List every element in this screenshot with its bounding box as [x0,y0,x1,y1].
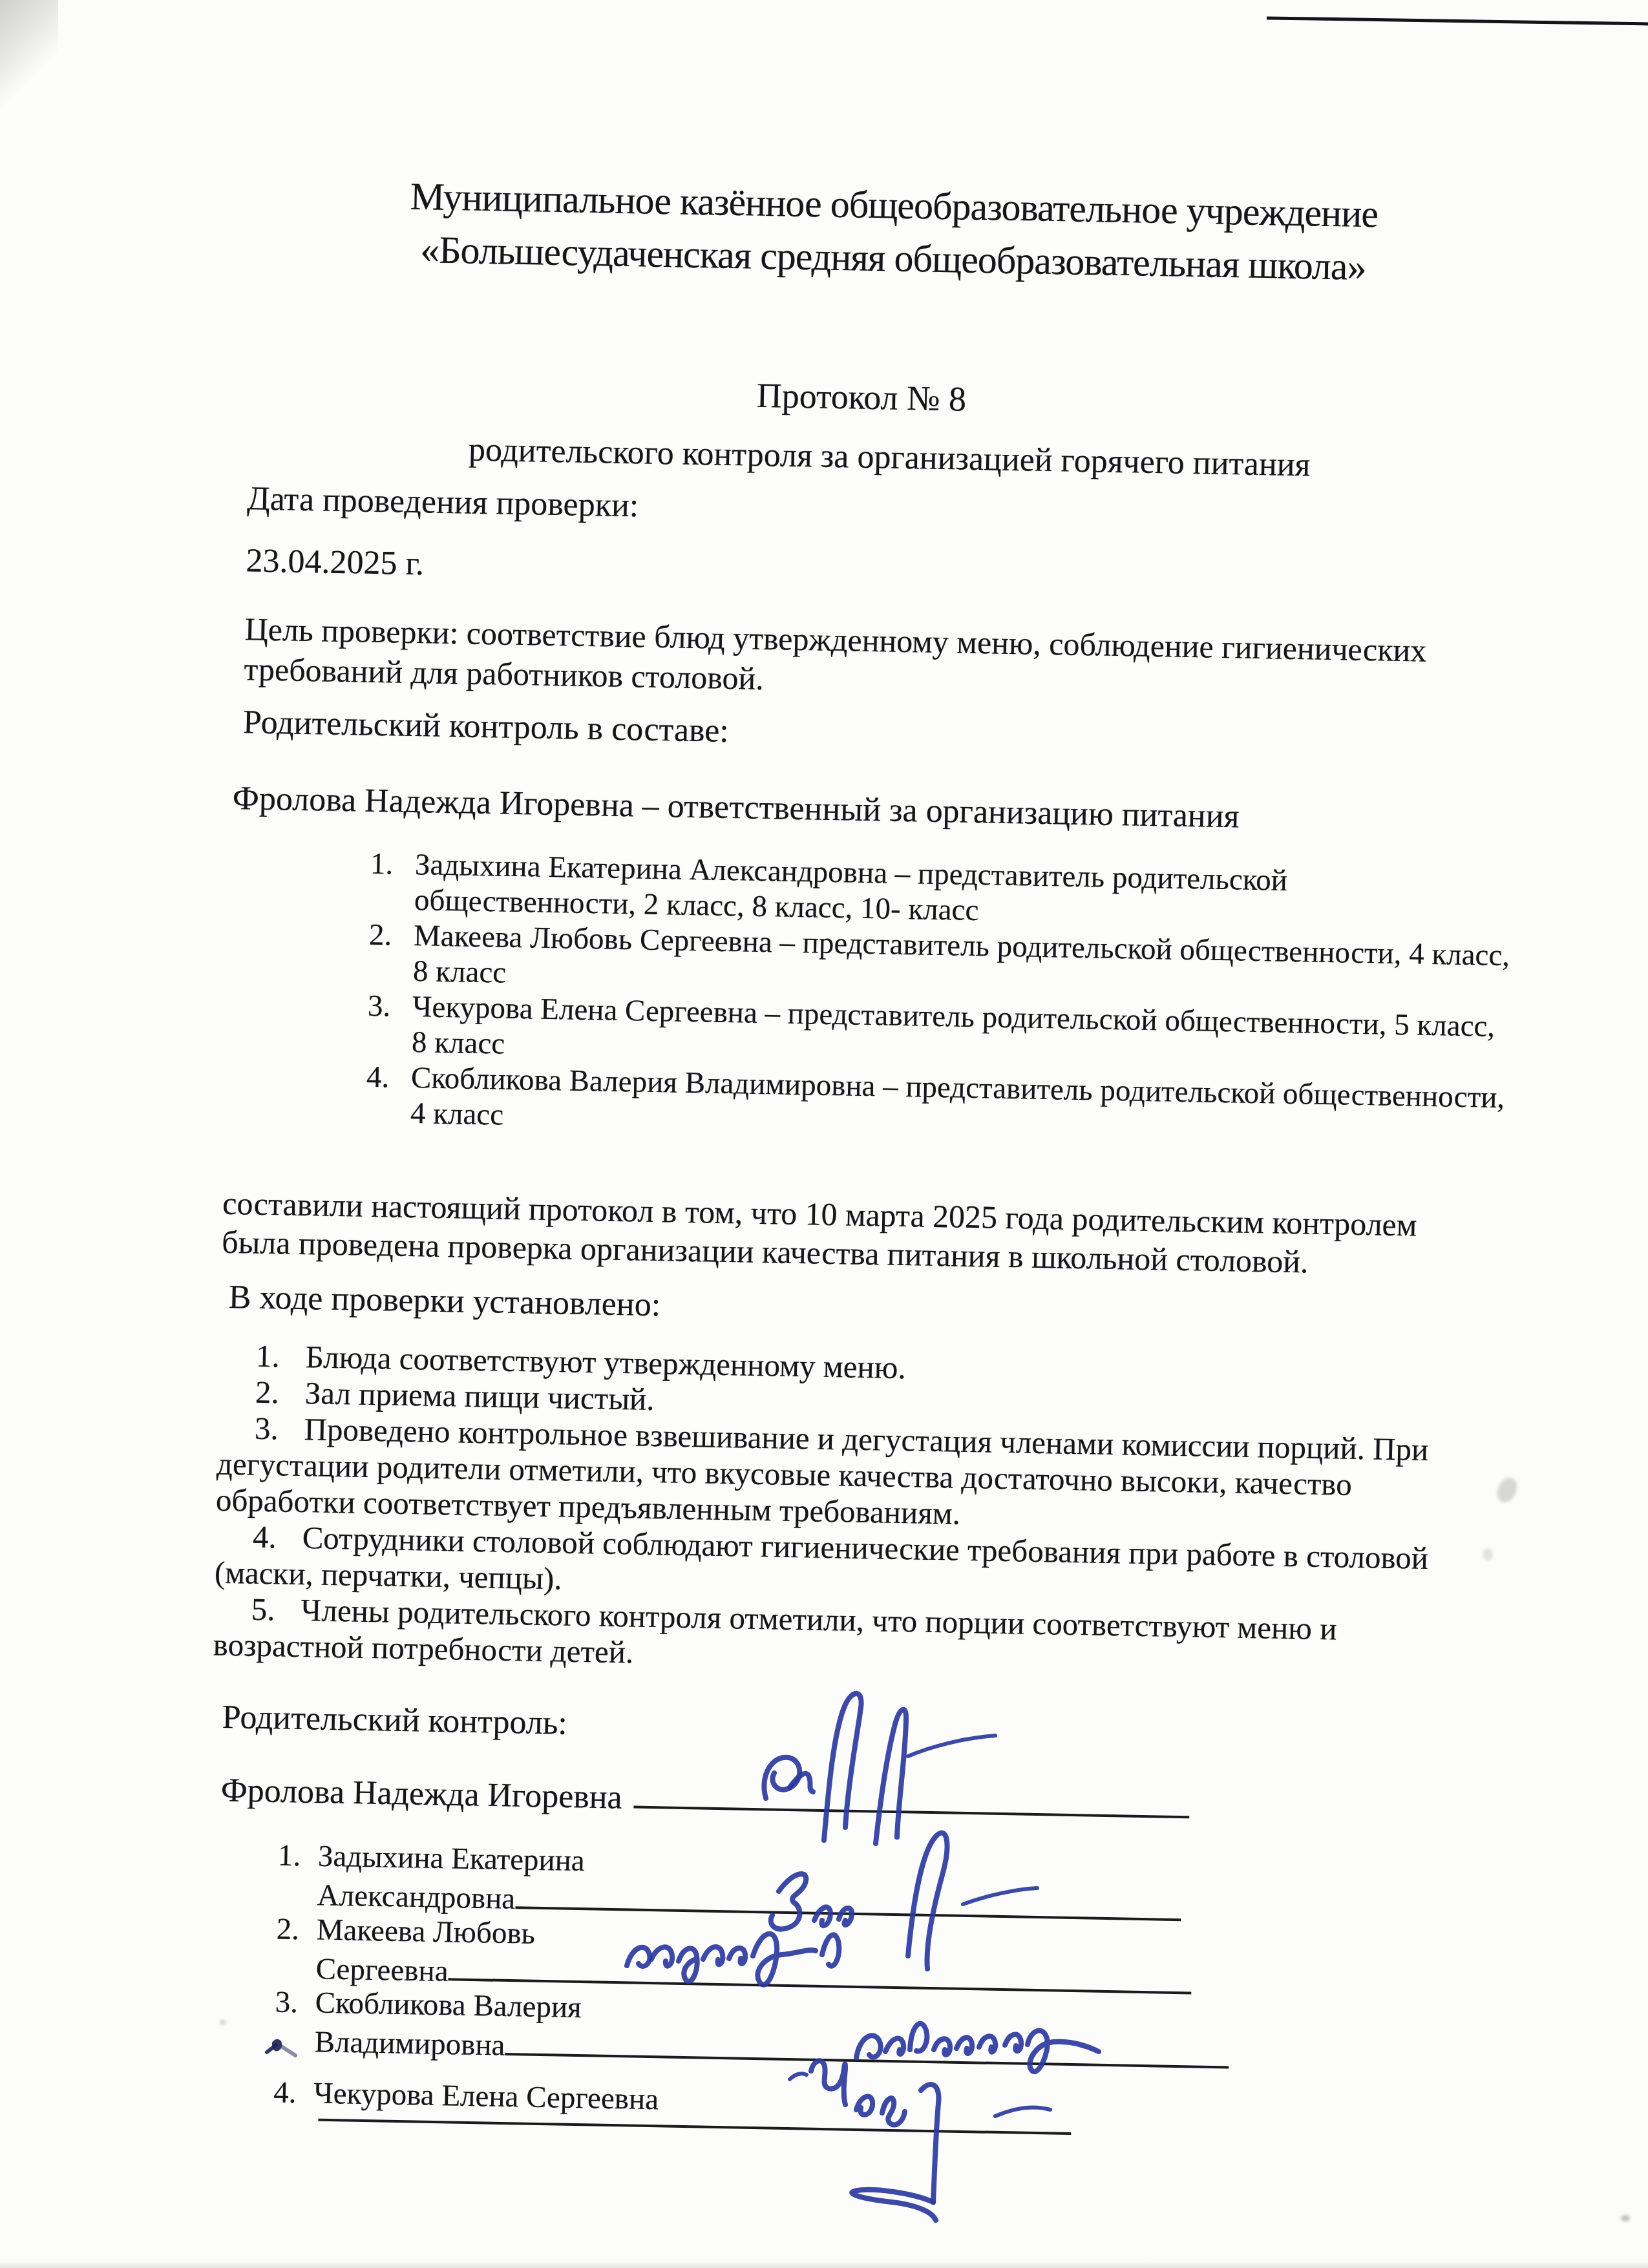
signature-chekurova-ink [776,2042,1099,2242]
list-number: 4. [273,2075,297,2110]
list-number: 4. [252,1519,302,1555]
responsible-signer-name: Фролова Надежда Игоревна [220,1772,622,1816]
list-number: 2. [255,1374,306,1411]
scan-speck [220,2020,226,2025]
scan-streak-artifact [1265,16,1648,26]
finding-text: Проведено контрольное взвешивание и дегу… [215,1411,1428,1531]
list-number: 3. [368,989,391,1025]
list-number: 2. [369,918,392,954]
list-number: 3. [275,1986,298,2021]
signer-name: Скобликова Валерия [315,1986,582,2025]
inspection-date-label: Дата проведения проверки: [247,479,639,525]
protocol-title: Протокол № 8 [236,366,1468,428]
list-number: 3. [255,1411,305,1447]
signoff-heading: Родительский контроль: [222,1698,567,1743]
protocol-subtitle: родительского контроля за организацией г… [235,426,1466,487]
scan-bottom-shadow [0,2262,1648,2268]
list-number: 2. [276,1912,299,1947]
signature-makeeva-ink [614,1893,918,2003]
list-number: 1. [256,1338,306,1374]
signer-name: Задыхина Екатерина [317,1840,585,1878]
pen-tick-mark [262,2028,307,2066]
protocol-statement: составили настоящий протокол в том, что … [222,1184,1417,1283]
scan-speck [1621,2215,1630,2221]
findings-heading: В ходе проверки установлено: [228,1278,660,1324]
signer-name: Александровна [317,1878,515,1916]
scan-speck [1494,1475,1521,1506]
committee-member-text: Задыхина Екатерина Александровна – предс… [414,848,1288,927]
committee-member-list: 1. Задыхина Екатерина Александровна – пр… [223,844,1459,1151]
organization-header: Муниципальное казённое общеобразовательн… [238,167,1472,295]
findings-list: 1.Блюда соответствуют утвержденному меню… [213,1338,1450,1686]
responsible-person-line: Фролова Надежда Игоревна – ответственный… [232,779,1240,836]
signer-name: Сергеевна [315,1952,449,1988]
inspection-purpose: Цель проверки: соответствие блюд утвержд… [244,609,1427,710]
list-number: 4. [366,1060,390,1096]
signer-name: Чекурова Елена Сергеевна [313,2077,659,2117]
list-number: 1. [370,846,394,883]
signer-name: Владимировна [314,2026,505,2063]
list-number: 5. [251,1591,301,1628]
signer-name: Макеева Любовь [316,1913,535,1950]
scan-speck [1483,1548,1493,1561]
inspection-date-value: 23.04.2025 г. [246,541,425,583]
list-number: 1. [277,1839,301,1874]
scanned-protocol-page: Муниципальное казённое общеобразовательн… [0,0,1648,2268]
committee-heading: Родительский контроль в составе: [243,703,730,750]
finding-text: Зал приема пищи чистый. [304,1375,655,1417]
scan-corner-shadow [0,0,58,123]
